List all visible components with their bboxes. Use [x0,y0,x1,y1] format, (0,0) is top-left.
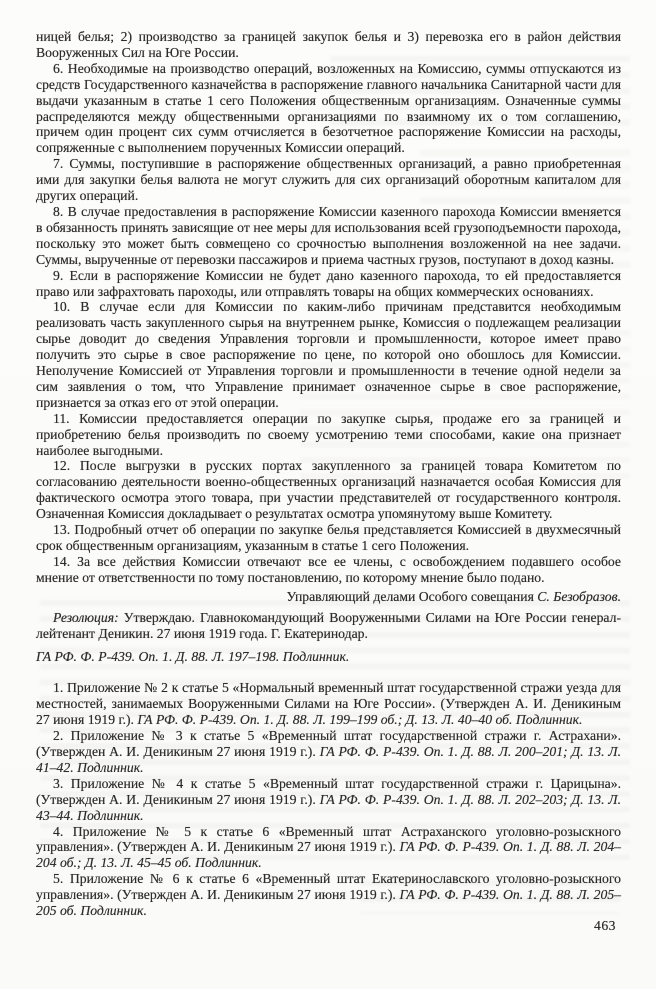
signature-line: Управляющий делами Особого совещания С. … [36,589,621,605]
document-page: ницей белья; 2) производство за границей… [0,0,656,989]
archival-reference: ГА РФ. Ф. Р-439. Оп. 1. Д. 88. Л. 197–19… [36,649,621,665]
note-archival-ref: ГА РФ. Ф. Р-439. Оп. 1. Д. 88. Л. 199–19… [137,712,582,727]
paragraph-11: 11. Комиссии предоставляется операции по… [36,411,621,459]
paragraph-7: 7. Суммы, поступившие в распоряжение общ… [36,156,621,204]
signature-role: Управляющий делами Особого совещания [286,589,533,604]
resolution-label: Резолюция: [53,610,119,625]
notes-section: 1. Приложение № 2 к статье 5 «Нормальный… [36,680,621,919]
note-item-5: 5. Приложение № 6 к статье 6 «Временный … [36,871,621,919]
resolution-text: Утверждаю. Главнокомандующий Вооруженным… [36,610,621,641]
page-number: 463 [594,918,616,934]
signature-name: С. Безобразов. [537,589,621,604]
resolution-paragraph: Резолюция: Утверждаю. Главнокомандующий … [36,610,621,642]
paragraph-10: 10. В случае если для Комиссии по каким-… [36,299,621,410]
paragraph-14: 14. За все действия Комиссии отвечают вс… [36,554,621,586]
document-text-block: ницей белья; 2) производство за границей… [36,29,621,919]
paragraph-12: 12. После выгрузки в русских портах заку… [36,458,621,522]
note-item-3: 3. Приложение № 4 к статье 5 «Временный … [36,776,621,824]
note-item-1: 1. Приложение № 2 к статье 5 «Нормальный… [36,680,621,728]
note-item-4: 4. Приложение № 5 к статье 6 «Временный … [36,824,621,872]
paragraph-8: 8. В случае предоставления в распоряжени… [36,204,621,268]
paragraph-13: 13. Подробный отчет об операции по закуп… [36,522,621,554]
note-item-2: 2. Приложение № 3 к статье 5 «Временный … [36,728,621,776]
paragraph-continuation: ницей белья; 2) производство за границей… [36,29,621,61]
paragraph-9: 9. Если в распоряжение Комиссии не будет… [36,268,621,300]
paragraph-6: 6. Необходимые на производство операций,… [36,61,621,156]
